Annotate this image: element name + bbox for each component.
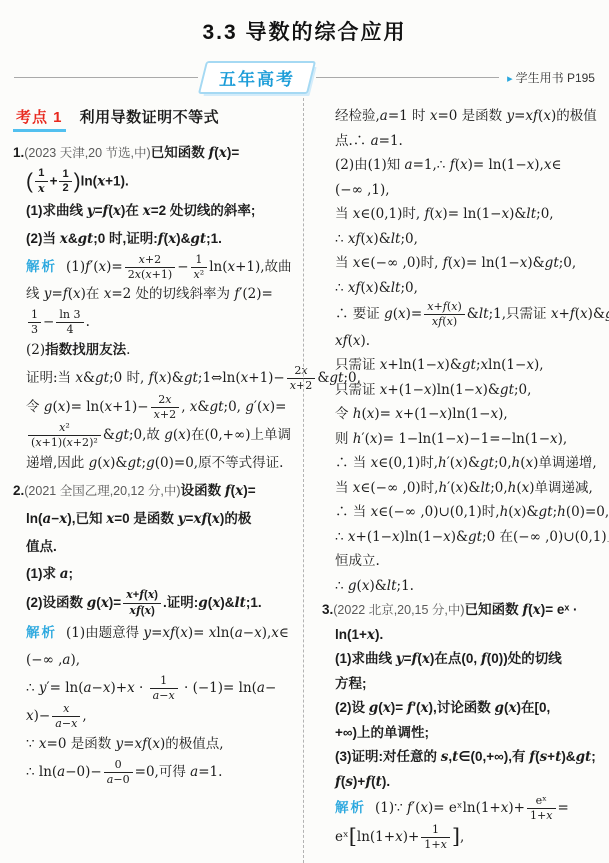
text-line: 3.(2022 北京,20,15 分,中)已知函数 f(x)= eˣ · (322, 598, 609, 623)
text-line: 1.(2023 天津,20 节选,中)已知函数 f(x)= (13, 139, 300, 167)
text-line: 值点. (13, 533, 300, 560)
text-line: (2)当 x&gt;0 时,证明:f(x)&gt;1. (13, 225, 300, 253)
text-line: x)−xa−x, (13, 702, 300, 731)
text-line: 证明:当 x&gt;0 时, f(x)&gt;1⇔ln(x+1)−2xx+2&g… (13, 364, 300, 393)
left-text-block: 1.(2023 天津,20 节选,中)已知函数 f(x)=(1x+12)ln(x… (13, 139, 300, 787)
text-line: ∴ 要证 g(x)=x+f(x)xf(x)&lt;1,只需证 x+f(x)&gt… (322, 300, 609, 329)
text-line: x²(x+1)(x+2)²&gt;0,故 g(x)在(0,+∞)上单调 (13, 421, 300, 450)
text-line: ∴ xf(x)&lt;0, (322, 276, 609, 301)
text-line: ∴ xf(x)&lt;0, (322, 227, 609, 252)
text-line: 13−ln 34. (13, 308, 300, 337)
text-line: ∴ y′= ln(a−x)+x · 1a−x · (−1)= ln(a− (13, 674, 300, 703)
text-line: 方程; (322, 672, 609, 697)
text-line: ∴ g(x)&lt;1. (322, 574, 609, 599)
text-line: ln(a−x),已知 x=0 是函数 y=xf(x)的极 (13, 505, 300, 533)
text-line: 解析(1)由题意得 y=xf(x)= xln(a−x),x∈ (13, 619, 300, 647)
text-line: (2)指数找朋友法. (13, 337, 300, 364)
text-line: (1)求 a; (13, 560, 300, 588)
page-ref: ▸学生用书 P195 (507, 69, 595, 86)
text-line: +∞)上的单调性; (322, 721, 609, 746)
text-line: 当 x∈(0,1)时, f(x)= ln(1−x)&lt;0, (322, 202, 609, 227)
text-line: 点.∴ a=1. (322, 129, 609, 154)
text-line: (−∞ ,1), (322, 178, 609, 203)
text-line: 递增,因此 g(x)&gt;g(0)=0,原不等式得证. (13, 450, 300, 477)
text-line: (1)求曲线 y=f(x)在点(0, f(0))处的切线 (322, 647, 609, 672)
text-line: ∴ x+(1−x)ln(1−x)&gt;0 在(−∞ ,0)∪(0,1)上 (322, 525, 609, 550)
banner-label: 五年高考 (219, 65, 295, 90)
page-title: 3.3 导数的综合应用 (0, 16, 609, 46)
section-title: 利用导数证明不等式 (80, 109, 220, 126)
page-ref-label: 学生用书 P195 (516, 71, 595, 85)
left-column: 考点 1 利用导数证明不等式 1.(2023 天津,20 节选,中)已知函数 f… (13, 104, 300, 851)
text-line: f(s)+f(t). (322, 770, 609, 795)
text-line: 恒成立. (322, 549, 609, 574)
text-line: (1x+12)ln(x+1). (13, 167, 300, 197)
banner-rule-right (316, 77, 500, 78)
text-line: 则 h′(x)= 1−ln(1−x)−1=−ln(1−x), (322, 427, 609, 452)
text-line: 经检验,a=1 时 x=0 是函数 y=xf(x)的极值 (322, 104, 609, 129)
text-line: 令 g(x)= ln(x+1)−2xx+2, x&gt;0, g′(x)= (13, 393, 300, 422)
text-line: 当 x∈(−∞ ,0)时, f(x)= ln(1−x)&gt;0, (322, 251, 609, 276)
text-line: 2.(2021 全国乙理,20,12 分,中)设函数 f(x)= (13, 477, 300, 505)
right-text-block: 经检验,a=1 时 x=0 是函数 y=xf(x)的极值点.∴ a=1.(2)由… (322, 104, 609, 851)
text-line: ∴ 当 x∈(−∞ ,0)∪(0,1)时,h(x)&gt;h(0)=0, (322, 500, 609, 525)
chevron-right-icon: ▸ (507, 73, 513, 85)
text-line: xf(x). (322, 329, 609, 354)
section-heading: 考点 1 利用导数证明不等式 (13, 106, 300, 132)
right-column: 经检验,a=1 时 x=0 是函数 y=xf(x)的极值点.∴ a=1.(2)由… (322, 104, 609, 851)
text-line: ln(1+x). (322, 623, 609, 648)
text-line: eˣ[ln(1+x)+11+x], (322, 823, 609, 852)
text-line: ∵ x=0 是函数 y=xf(x)的极值点, (13, 731, 300, 758)
content-columns: 考点 1 利用导数证明不等式 1.(2023 天津,20 节选,中)已知函数 f… (0, 104, 609, 851)
banner-rule-left (14, 77, 198, 78)
text-line: (3)证明:对任意的 s,t∈(0,+∞),有 f(s+t)&gt; (322, 745, 609, 770)
text-line: (2)设 g(x)= f′(x),讨论函数 g(x)在[0, (322, 696, 609, 721)
text-line: 解析(1)∵ f′(x)= eˣln(1+x)+eˣ1+x= (322, 794, 609, 823)
text-line: (2)由(1)知 a=1,∴ f(x)= ln(1−x),x∈ (322, 153, 609, 178)
text-line: (−∞ ,a), (13, 647, 300, 674)
column-divider (303, 98, 304, 863)
text-line: ∴ ln(a−0)−0a−0=0,可得 a=1. (13, 758, 300, 787)
section-badge: 考点 1 (13, 106, 66, 132)
text-line: (1)求曲线 y=f(x)在 x=2 处切线的斜率; (13, 197, 300, 225)
text-line: ∴ 当 x∈(0,1)时,h′(x)&gt;0,h(x)单调递增, (322, 451, 609, 476)
text-line: 解析(1)f′(x)=x+22x(x+1)−1x²ln(x+1),故曲 (13, 253, 300, 282)
text-line: 只需证 x+(1−x)ln(1−x)&gt;0, (322, 378, 609, 403)
text-line: 当 x∈(−∞ ,0)时,h′(x)&lt;0,h(x)单调递减, (322, 476, 609, 501)
text-line: 只需证 x+ln(1−x)&gt;xln(1−x), (322, 353, 609, 378)
text-line: (2)设函数 g(x)=x+f(x)xf(x).证明:g(x)&lt;1. (13, 588, 300, 619)
text-line: 令 h(x)= x+(1−x)ln(1−x), (322, 402, 609, 427)
text-line: 线 y=f(x)在 x=2 处的切线斜率为 f′(2)= (13, 281, 300, 308)
textbook-page: 3.3 导数的综合应用 五年高考 ▸学生用书 P195 考点 1 利用导数证明不… (0, 0, 609, 863)
banner: 五年高考 ▸学生用书 P195 (14, 63, 595, 91)
banner-tag: 五年高考 (197, 61, 315, 94)
